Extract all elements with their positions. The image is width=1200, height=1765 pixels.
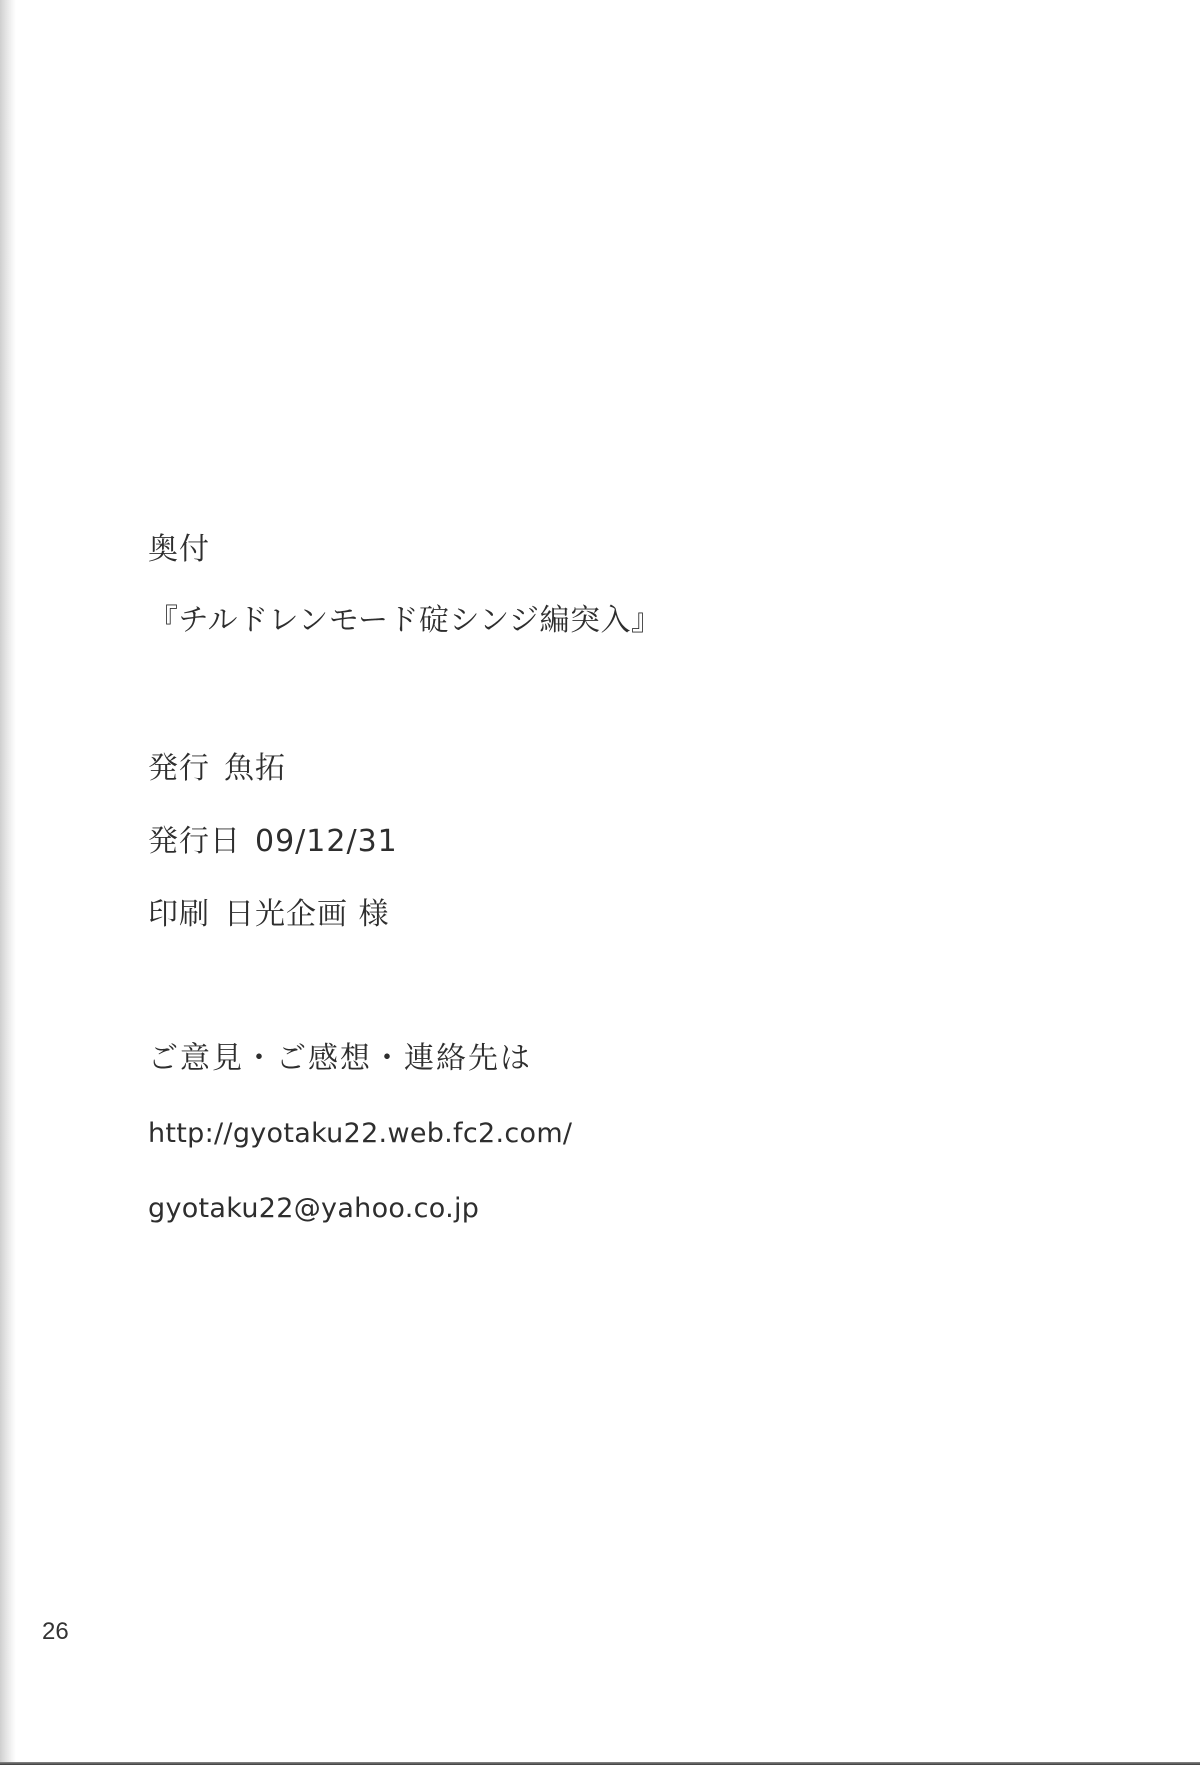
book-page: 奥付 『チルドレンモード碇シンジ編突入』 発行魚拓 発行日09/12/31 印刷… <box>0 0 1200 1765</box>
publication-date-label: 発行日 <box>148 824 241 859</box>
publisher-line: 発行魚拓 <box>148 751 286 787</box>
spine-shadow <box>0 0 16 1765</box>
publisher-value: 魚拓 <box>224 751 286 786</box>
publication-date-line: 発行日09/12/31 <box>148 824 398 860</box>
printer-label: 印刷 <box>148 897 210 932</box>
colophon-heading: 奥付 <box>148 532 210 568</box>
contact-url: http://gyotaku22.web.fc2.com/ <box>148 1116 572 1152</box>
page-number: 26 <box>42 1619 69 1645</box>
printer-line: 印刷日光企画 様 <box>148 897 390 933</box>
contact-heading: ご意見・ご感想・連絡先は <box>148 1041 532 1077</box>
book-title: 『チルドレンモード碇シンジ編突入』 <box>148 603 662 639</box>
contact-email: gyotaku22@yahoo.co.jp <box>148 1191 479 1227</box>
publisher-label: 発行 <box>148 751 210 786</box>
publication-date-value: 09/12/31 <box>255 824 398 859</box>
printer-value: 日光企画 様 <box>224 897 390 932</box>
